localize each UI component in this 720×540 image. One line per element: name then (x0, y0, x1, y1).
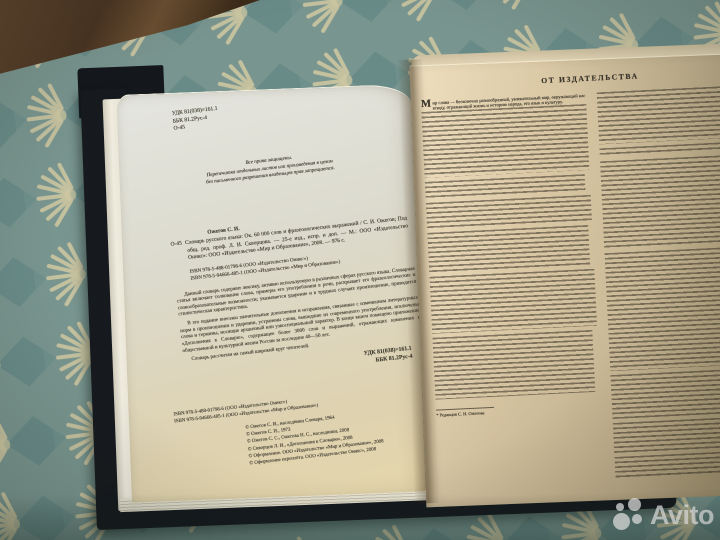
blurred-text-lines (425, 174, 585, 199)
footnote-text: * Редакция С. И. Ожегова (436, 404, 601, 417)
blurred-text-lines (604, 245, 720, 371)
blurred-text-lines (614, 449, 720, 479)
open-book: УДК 81(038)=161.1 ББК 81.2Рус-4 О-45 Все… (61, 30, 720, 540)
blurred-text-lines (600, 153, 720, 249)
blurred-text-lines (612, 415, 720, 453)
foreword-text-block: ОТ ИЗДАТЕЛЬСТВА Мир слова — бесконечно р… (420, 65, 720, 491)
blurred-text-lines (429, 268, 596, 333)
blurred-text-lines (596, 84, 720, 144)
blurred-text-lines (426, 194, 592, 228)
foreword-heading: ОТ ИЗДАТЕЛЬСТВА (420, 65, 720, 91)
left-page-imprint: УДК 81(038)=161.1 ББК 81.2Рус-4 О-45 Все… (116, 84, 425, 503)
rights-notice: Все права защищены. Перепечатка отдельны… (157, 144, 383, 193)
right-page-foreword: ОТ ИЗДАТЕЛЬСТВА Мир слова — бесконечно р… (409, 52, 720, 507)
foreword-column-right (596, 84, 720, 483)
avito-watermark: Avito (613, 498, 714, 532)
blurred-text-lines (432, 330, 594, 400)
foreword-column-left: Мир слова — бесконечно разнообразный, ув… (421, 93, 604, 492)
catalog-codes-block: УДК 81(038)=161.1 ББК 81.2Рус-4 О-45 (172, 86, 395, 133)
entry-code: О-45 (170, 241, 182, 248)
text-columns: Мир слова — бесконечно разнообразный, ув… (421, 84, 720, 491)
avito-logo-icon (613, 498, 645, 532)
imprint-text-block: УДК 81(038)=161.1 ББК 81.2Рус-4 О-45 Все… (131, 84, 426, 477)
blurred-text-lines (421, 104, 589, 178)
blurred-text-lines (610, 367, 720, 419)
photo-of-open-book: УДК 81(038)=161.1 ББК 81.2Рус-4 О-45 Все… (0, 0, 720, 540)
avito-watermark-text: Avito (650, 500, 714, 531)
footnote: * Редакция С. И. Ожегова (436, 401, 601, 417)
blurred-text-lines (427, 225, 590, 273)
